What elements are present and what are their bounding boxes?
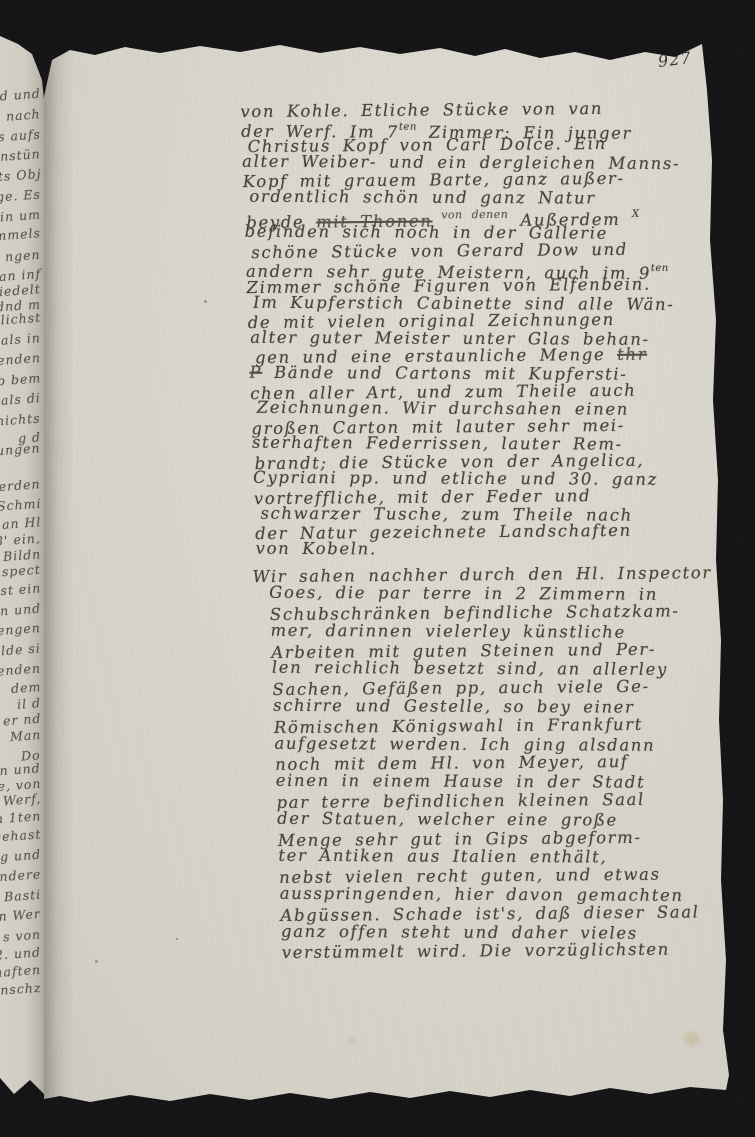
previous-page-text-fragment: Basti — [3, 887, 41, 905]
paper-speck — [176, 938, 178, 940]
page-number: 927 — [657, 48, 693, 71]
previous-page-text-fragment: dem — [10, 679, 41, 696]
binding-fold-shadow — [44, 40, 74, 1110]
previous-page-text-fragment: n und — [0, 601, 41, 619]
previous-page-text-fragment: Werf, — [2, 791, 41, 809]
previous-page-text-fragment: nichts — [0, 410, 41, 428]
paragraph: Wir sahen nachher durch den Hl. Inspecto… — [256, 566, 750, 961]
previous-page-text-fragment: von Wer — [0, 906, 41, 925]
previous-page-edge: kund undn nachis aufsEinstün, its Objge.… — [0, 0, 46, 1137]
previous-page-text-fragment: werden — [0, 476, 41, 495]
previous-page-text-fragment: andere — [0, 866, 41, 884]
previous-page-text-fragment: kund und — [0, 86, 41, 106]
previous-page-text-fragment: 2. und — [0, 944, 41, 962]
previous-page-text-fragment: Einstün — [0, 146, 41, 165]
paper-stain — [684, 1032, 700, 1046]
previous-page-text-fragment: manschz — [0, 980, 41, 999]
previous-page-text-fragment: g und — [0, 847, 41, 865]
previous-page-text-fragment: gehast — [0, 826, 41, 844]
paragraph: von Kohle. Etliche Stücke von vander Wer… — [240, 101, 736, 558]
manuscript-line: verstümmelt wird. Die vorzüglichsten — [281, 940, 750, 963]
previous-page-text-fragment: ch Schmi — [0, 496, 41, 516]
previous-page-text-fragment: schaften — [0, 962, 41, 981]
previous-page-text-fragment: , its Obj — [0, 166, 41, 185]
previous-page-text-fragment: ge. Es — [0, 186, 41, 204]
previous-page-text-fragment: rungen — [0, 440, 41, 459]
previous-page-text-fragment: n nach — [0, 106, 41, 124]
previous-page-text-fragment: Man — [9, 727, 41, 744]
paper-speck — [95, 960, 98, 963]
previous-page-text-fragment: ilde si — [0, 640, 41, 658]
previous-page-text-fragment: züglichst — [0, 310, 41, 330]
manuscript-line: von Kobeln. — [255, 540, 736, 560]
previous-page-text-fragment: s von — [2, 927, 41, 945]
previous-page-text-fragment: il d — [17, 695, 42, 712]
previous-page-text-fragment: Thürmmels — [0, 225, 41, 246]
previous-page-text-fragment: l, als di — [0, 390, 41, 409]
manuscript-scan: kund undn nachis aufsEinstün, its Objge.… — [0, 0, 755, 1137]
previous-page-text-fragment: is aufs — [0, 126, 41, 144]
previous-page-text-fragment: d, als in — [0, 330, 41, 349]
previous-page-text-fragment: er nd — [2, 711, 41, 729]
previous-page-text-fragment: lb bem — [0, 370, 41, 388]
previous-page-text-fragment: im 1ten — [0, 808, 41, 827]
previous-page-text-fragment: ast ein — [0, 580, 41, 598]
previous-page-text-fragment: enden — [0, 660, 41, 678]
previous-page-text-fragment: ngen — [5, 247, 41, 264]
paper-speck — [204, 300, 207, 303]
manuscript-text: von Kohle. Etliche Stücke von vander Wer… — [240, 101, 750, 961]
manuscript-page: 927 von Kohle. Etliche Stücke von vander… — [0, 0, 755, 1137]
previous-page-text-fragment: hrenden — [0, 350, 41, 369]
previous-page-text-fragment: in um — [0, 207, 41, 225]
paper-stain — [348, 1038, 357, 1045]
previous-page-text-fragment: mengen — [0, 620, 41, 639]
previous-page-text-fragment: l. Inspect — [0, 562, 41, 582]
